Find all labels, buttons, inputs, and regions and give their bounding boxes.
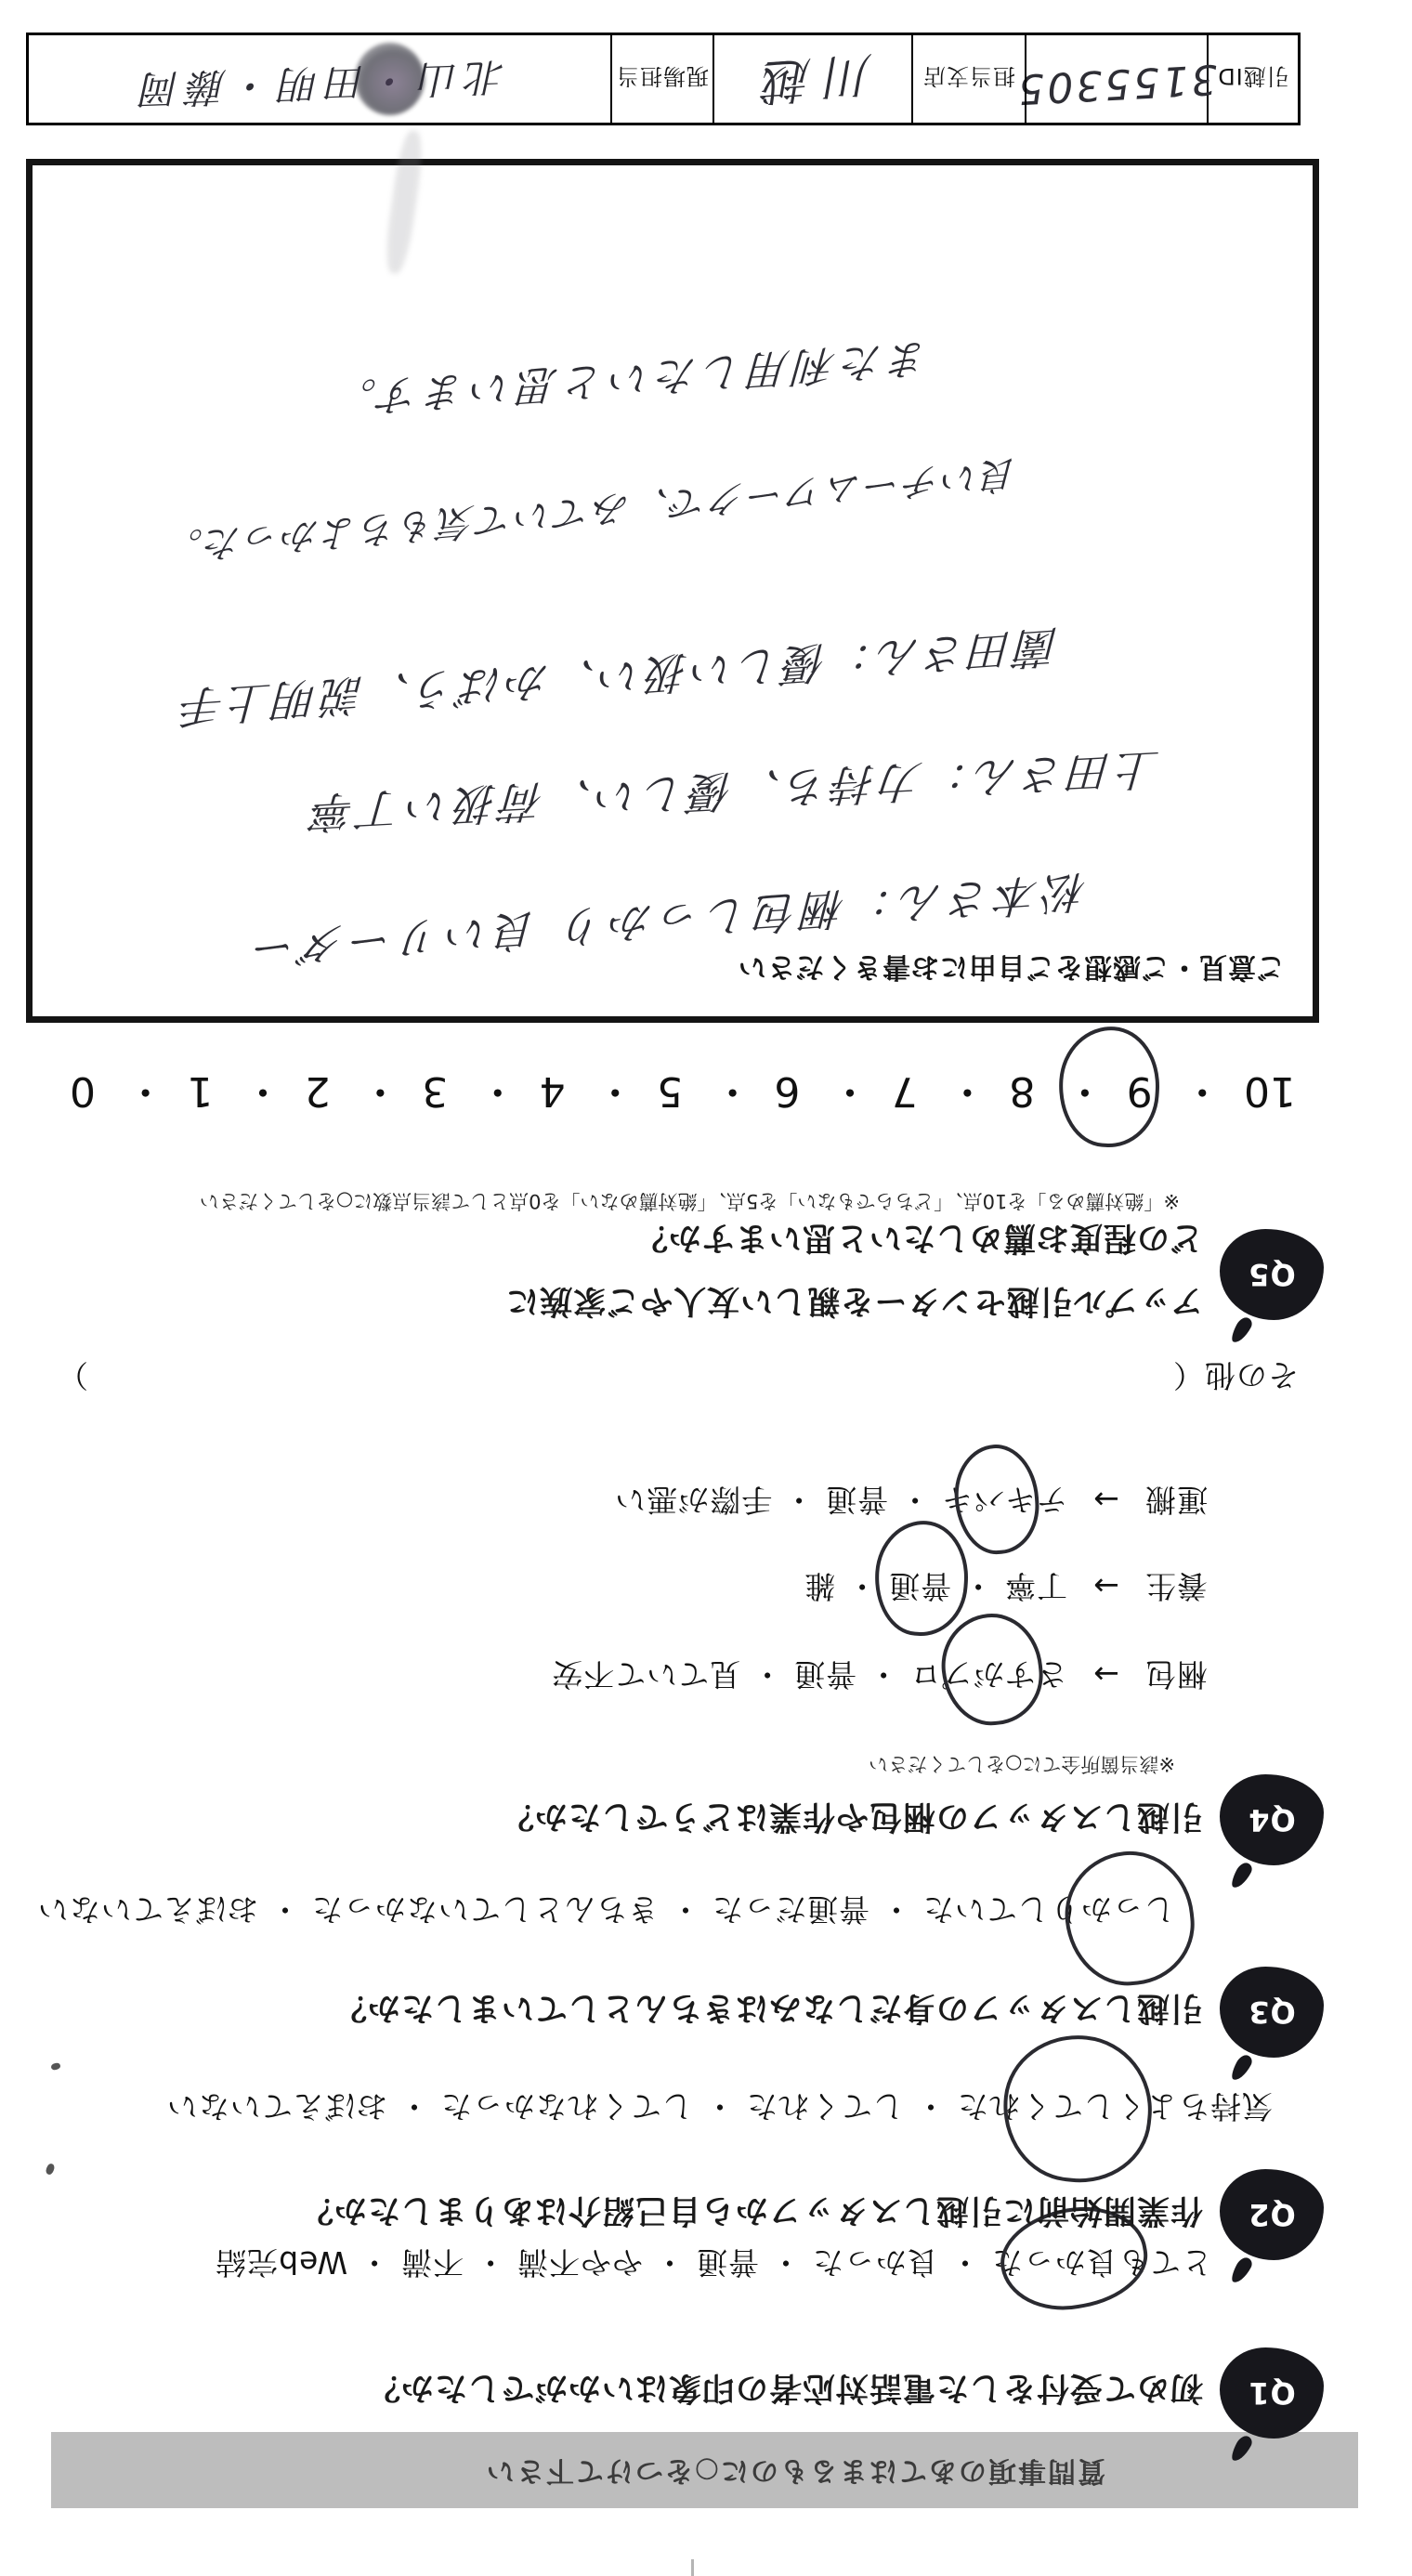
q4-row-konpou: 梱包 → さすがプロ ・ 普通 ・ 見ていて不安 xyxy=(551,1654,1208,1698)
q5-bubble-label: Q5 xyxy=(1248,1257,1295,1292)
q3-answer-circle xyxy=(1059,1845,1200,1992)
q4-row-youjou: 養生 → 丁寧 ・ 普通 ・ 雑 xyxy=(804,1566,1208,1610)
q5-bubble: Q5 xyxy=(1220,1229,1324,1320)
ink-speck xyxy=(50,2062,60,2071)
q1-question: 初めて受付をした電話対応者の印象はいかがでしたか？ xyxy=(367,2367,1203,2413)
q3-options: しっかりしていた ・ 普通だった ・ きちんとしていなかった ・ おぼえていない xyxy=(37,1890,1175,1933)
q2-bubble-label: Q2 xyxy=(1248,2197,1295,2232)
q3-bubble-label: Q3 xyxy=(1248,1994,1295,2030)
staff-label: 現場担当 xyxy=(616,63,709,96)
q5-question-line2: どの程度お薦めしたいと思いますか？ xyxy=(634,1217,1203,1263)
q4-question: 引越しスタッフの梱包や作業はどうでしたか？ xyxy=(501,1796,1203,1842)
moving-id-handwritten-value: 3155305 xyxy=(1014,56,1218,113)
info-table: 引越ID 3155305 担当支店 川越 現場担当 北山・田明・藤岡 xyxy=(26,33,1301,125)
q4-row-youjou-label: 養生 xyxy=(1144,1568,1208,1604)
q5-note: ※「絶対薦める」を10点、「どちらでもない」を5点、「絶対薦めない」を0点として… xyxy=(200,1188,1180,1216)
q4-konpou-answer-circle xyxy=(936,1609,1048,1731)
cell-staff-label: 現場担当 xyxy=(612,35,714,123)
arrow-right-icon: → xyxy=(1092,1482,1119,1518)
q4-other-label: その他（ xyxy=(1172,1355,1299,1399)
q4-row-unpan-label: 運搬 xyxy=(1144,1482,1208,1518)
q4-youjou-answer-circle xyxy=(871,1518,972,1640)
score-9-circle xyxy=(1055,1023,1164,1150)
q2-question: 作業開始前に引越しスタッフから自己紹介はありましたか？ xyxy=(300,2190,1203,2236)
q3-bubble-tail-icon xyxy=(1229,2052,1254,2084)
ink-smudge-blot xyxy=(355,43,425,115)
q4-note: ※該当箇所全てに○をしてください xyxy=(869,1751,1175,1779)
q4-bubble-tail-icon xyxy=(1229,1860,1254,1891)
cell-branch-label: 担当支店 xyxy=(913,35,1026,123)
cell-moving-id-value: 3155305 xyxy=(1026,35,1209,123)
cell-staff-value: 北山・田明・藤岡 xyxy=(29,35,612,123)
q5-question-line1: アップル引越センターを親しい友人やご家族に xyxy=(505,1280,1203,1327)
q4-bubble: Q4 xyxy=(1220,1774,1324,1865)
scan-artifact-line xyxy=(691,2559,694,2576)
staff-handwritten-names: 北山・田明・藤岡 xyxy=(133,51,506,120)
q4-bubble-label: Q4 xyxy=(1248,1802,1295,1837)
q1-bubble-label: Q1 xyxy=(1248,2375,1295,2411)
instruction-banner: 質問事項のあてはまるものに○をつけて下さい xyxy=(51,2432,1358,2508)
comment-box-header: ご意見・ご感想をご自由にお書きください xyxy=(738,949,1285,990)
q2-bubble-tail-icon xyxy=(1229,2255,1254,2286)
q3-bubble: Q3 xyxy=(1220,1967,1324,2058)
upside-down-sheet: 質問事項のあてはまるものに○をつけて下さい Q1 初めて受付をした電話対応者の印… xyxy=(0,0,1412,2576)
scanned-survey-page: 質問事項のあてはまるものに○をつけて下さい Q1 初めて受付をした電話対応者の印… xyxy=(0,0,1412,2576)
q1-bubble: Q1 xyxy=(1220,2347,1324,2439)
q3-question: 引越しスタッフの身だしなみはきちんとしていましたか？ xyxy=(333,1987,1203,2033)
q4-row-unpan: 運搬 → テキパキ ・ 普通 ・ 手際が悪い xyxy=(614,1480,1208,1523)
q4-unpan-answer-circle xyxy=(951,1442,1042,1557)
branch-handwritten-value: 川越 xyxy=(750,45,877,123)
ink-speck xyxy=(45,2163,56,2176)
q4-row-konpou-label: 梱包 xyxy=(1144,1656,1208,1693)
q2-answer-circle xyxy=(996,2028,1159,2190)
moving-id-label: 引越ID xyxy=(1217,63,1289,96)
cell-branch-value: 川越 xyxy=(714,35,913,123)
q5-bubble-tail-icon xyxy=(1229,1314,1254,1346)
arrow-right-icon: → xyxy=(1092,1656,1119,1693)
q2-bubble: Q2 xyxy=(1220,2169,1324,2260)
arrow-right-icon: → xyxy=(1092,1568,1119,1604)
branch-label: 担当支店 xyxy=(922,63,1015,96)
q4-other-close-paren: ） xyxy=(57,1355,88,1399)
cell-moving-id-label: 引越ID xyxy=(1209,35,1298,123)
